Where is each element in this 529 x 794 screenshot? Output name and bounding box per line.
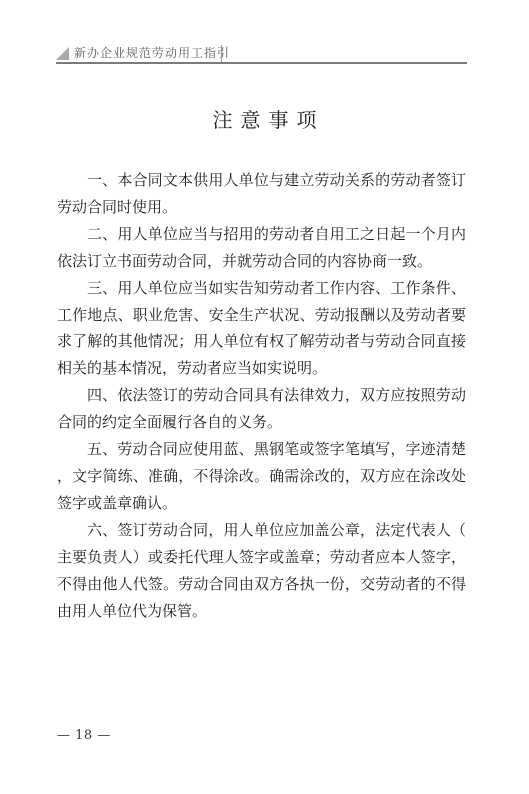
document-body: 一、本合同文本供用人单位与建立劳动关系的劳动者签订劳动合同时使用。 二、用人单位… [57,167,466,624]
running-header: 新办企业规范劳动用工指引 [56,44,467,64]
paragraph-5: 五、劳动合同应使用蓝、黑钢笔或签字笔填写，字迹清楚，文字简练、准确，不得涂改。确… [57,436,466,517]
paragraph-4: 四、依法签订的劳动合同具有法律效力，双方应按照劳动合同的约定全面履行各自的义务。 [57,382,466,436]
paragraph-2: 二、用人单位应当与招用的劳动者自用工之日起一个月内依法订立书面劳动合同，并就劳动… [57,221,466,275]
paragraph-1: 一、本合同文本供用人单位与建立劳动关系的劳动者签订劳动合同时使用。 [57,167,466,221]
page-title: 注意事项 [0,107,529,133]
paragraph-3: 三、用人单位应当如实告知劳动者工作内容、工作条件、工作地点、职业危害、安全生产状… [57,275,466,383]
triangle-marker-icon [56,47,69,60]
header-divider [221,45,222,62]
paragraph-6: 六、签订劳动合同，用人单位应加盖公章，法定代表人（主要负责人）或委托代理人签字或… [57,517,466,625]
running-header-title: 新办企业规范劳动用工指引 [74,44,230,62]
page-number: — 18 — [57,728,111,743]
